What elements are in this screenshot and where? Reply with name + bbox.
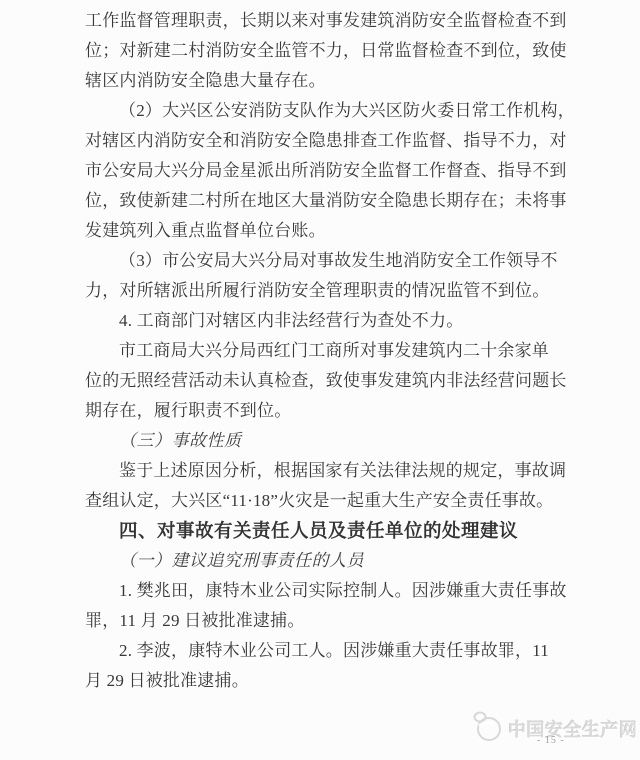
text-line: 市公安局大兴分局金星派出所消防安全监督工作督查、指导不到 [85,156,571,186]
text-line: 罪，11 月 29 日被批准逮捕。 [85,606,571,636]
paragraph: 工作监督管理职责，长期以来对事发建筑消防安全监督检查不到位；对新建二村消防安全监… [85,6,571,96]
text-line: 对辖区内消防安全和消防安全隐患排查工作监督、指导不力，对 [85,126,571,156]
text-line: （3）市公安局大兴分局对事故发生地消防安全工作领导不 [85,246,571,276]
text-line: 1. 樊兆田，康特木业公司实际控制人。因涉嫌重大责任事故 [85,576,571,606]
text-line: （一）建议追究刑事责任的人员 [85,546,571,576]
document-body: 工作监督管理职责，长期以来对事发建筑消防安全监督检查不到位；对新建二村消防安全监… [85,6,571,696]
text-line: 查组认定，大兴区“11·18”火灾是一起重大生产安全责任事故。 [85,486,571,516]
paragraph: 2. 李波，康特木业公司工人。因涉嫌重大责任事故罪，11月 29 日被批准逮捕。 [85,636,571,696]
text-line: 2. 李波，康特木业公司工人。因涉嫌重大责任事故罪，11 [85,636,571,666]
text-line: 辖区内消防安全隐患大量存在。 [85,66,571,96]
text-line: （2）大兴区公安消防支队作为大兴区防火委日常工作机构， [85,96,571,126]
paragraph: （三）事故性质 [85,426,571,456]
text-line: 发建筑列入重点监督单位台账。 [85,216,571,246]
document-page: 工作监督管理职责，长期以来对事发建筑消防安全监督检查不到位；对新建二村消防安全监… [0,0,640,760]
text-line: 期存在，履行职责不到位。 [85,396,571,426]
text-line: 月 29 日被批准逮捕。 [85,666,571,696]
text-line: （三）事故性质 [85,426,571,456]
text-line: 位；对新建二村消防安全监管不力，日常监督检查不到位，致使 [85,36,571,66]
paragraph: 市工商局大兴分局西红门工商所对事发建筑内二十余家单位的无照经营活动未认真检查，致… [85,336,571,426]
text-line: 力，对所辖派出所履行消防安全管理职责的情况监管不到位。 [85,276,571,306]
page-number: - 15 - [537,735,565,746]
text-line: 4. 工商部门对辖区内非法经营行为查处不力。 [85,306,571,336]
text-line: 市工商局大兴分局西红门工商所对事发建筑内二十余家单 [85,336,571,366]
text-line: 鉴于上述原因分析，根据国家有关法律法规的规定，事故调 [85,456,571,486]
paragraph: 1. 樊兆田，康特木业公司实际控制人。因涉嫌重大责任事故罪，11 月 29 日被… [85,576,571,636]
paragraph: （一）建议追究刑事责任的人员 [85,546,571,576]
paragraph: 鉴于上述原因分析，根据国家有关法律法规的规定，事故调查组认定，大兴区“11·18… [85,456,571,516]
text-line: 位，致使新建二村所在地区大量消防安全隐患长期存在；未将事 [85,186,571,216]
china-safety-net-logo-icon [471,710,505,744]
paragraph: （3）市公安局大兴分局对事故发生地消防安全工作领导不力，对所辖派出所履行消防安全… [85,246,571,306]
section-heading: 四、对事故有关责任人员及责任单位的处理建议 [85,516,571,546]
text-line: 位的无照经营活动未认真检查，致使事发建筑内非法经营问题长 [85,366,571,396]
paragraph: （2）大兴区公安消防支队作为大兴区防火委日常工作机构，对辖区内消防安全和消防安全… [85,96,571,246]
watermark-text: 中国安全生产网 [508,716,638,742]
text-line: 工作监督管理职责，长期以来对事发建筑消防安全监督检查不到 [85,6,571,36]
paragraph: 4. 工商部门对辖区内非法经营行为查处不力。 [85,306,571,336]
section-heading-line: 四、对事故有关责任人员及责任单位的处理建议 [85,516,571,546]
